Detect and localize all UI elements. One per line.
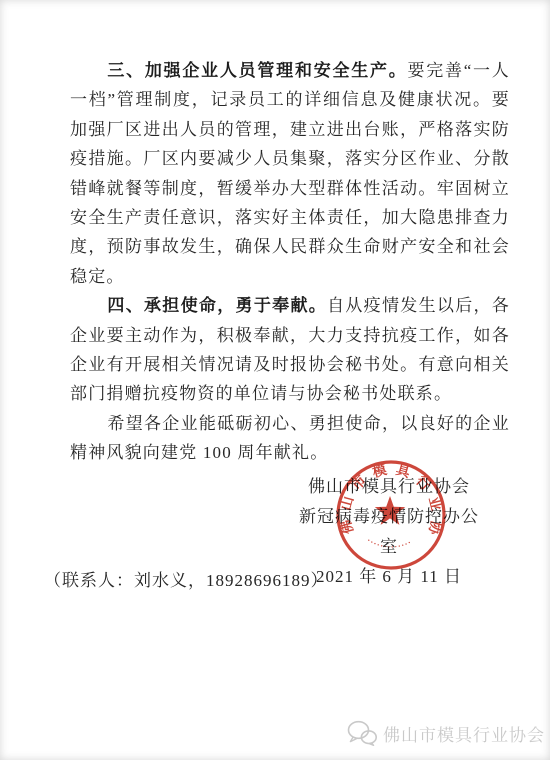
official-seal: 佛山市模具行业协会 ••••••••••••• — [331, 455, 451, 575]
document-page: 三、加强企业人员管理和安全生产。要完善“一人一档”管理制度，记录员工的详细信息及… — [0, 0, 550, 760]
seal-microtext: ••••••••••••• — [366, 539, 412, 551]
body-paragraphs: 三、加强企业人员管理和安全生产。要完善“一人一档”管理制度，记录员工的详细信息及… — [70, 56, 510, 468]
watermark-text: 佛山市模具行业协会 — [383, 721, 545, 746]
footer-watermark: 佛山市模具行业协会 — [347, 720, 545, 746]
paragraph-text: 要完善“一人一档”管理制度，记录员工的详细信息及健康状况。要加强厂区进出人员的管… — [70, 61, 510, 286]
svg-text:•••••••••••••: ••••••••••••• — [366, 539, 412, 551]
paragraph: 四、承担使命，勇于奉献。自从疫情发生以后，各企业要主动作为，积极奉献，大力支持抗… — [70, 291, 510, 409]
svg-text:佛山市模具行业协会: 佛山市模具行业协会 — [331, 455, 445, 538]
paragraph-lead: 三、加强企业人员管理和安全生产。 — [107, 61, 407, 80]
star-icon — [375, 496, 405, 525]
paragraph-lead: 四、承担使命，勇于奉献。 — [107, 296, 327, 315]
seal-ring-text: 佛山市模具行业协会 — [331, 455, 445, 538]
paragraph: 三、加强企业人员管理和安全生产。要完善“一人一档”管理制度，记录员工的详细信息及… — [70, 56, 510, 291]
contact-line: （联系人：刘水义，18928696189） — [44, 566, 329, 591]
wechat-icon — [347, 720, 377, 746]
